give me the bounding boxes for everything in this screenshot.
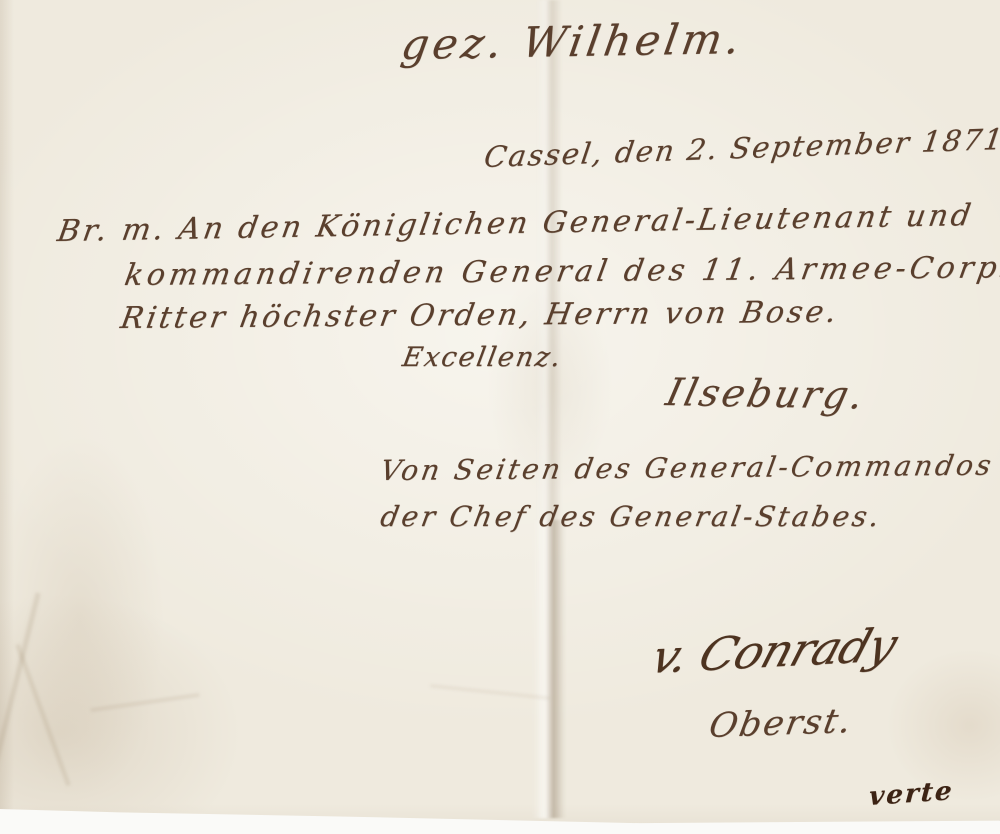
- rank-oberst: Oberst.: [706, 701, 856, 746]
- paper-sheet: gez. Wilhelm. Cassel, den 2. September 1…: [0, 0, 1000, 834]
- body-line-4-excellenz: Excellenz.: [400, 342, 565, 373]
- body-line-3: Ritter höchster Orden, Herrn von Bose.: [118, 295, 842, 336]
- wrinkle-mark: [15, 643, 72, 786]
- body-line-1: Br. m. An den Königlichen General-Lieute…: [55, 198, 976, 249]
- body-line-2: kommandirenden General des 11. Armee-Cor…: [122, 250, 1000, 293]
- wrinkle-mark: [90, 692, 200, 712]
- closing-line-2: der Chef des General-Stabes.: [378, 500, 885, 533]
- scanned-letter-page: gez. Wilhelm. Cassel, den 2. September 1…: [0, 0, 1000, 834]
- signed-note: gez. Wilhelm.: [398, 14, 747, 69]
- signature: v. Conrady: [645, 618, 903, 684]
- center-fold-crease-lower: [532, 520, 566, 818]
- place-ilseburg: Ilseburg.: [662, 370, 871, 417]
- closing-line-1: Von Seiten des General-Commandos: [378, 449, 996, 487]
- corner-note-verte: verte: [868, 776, 955, 812]
